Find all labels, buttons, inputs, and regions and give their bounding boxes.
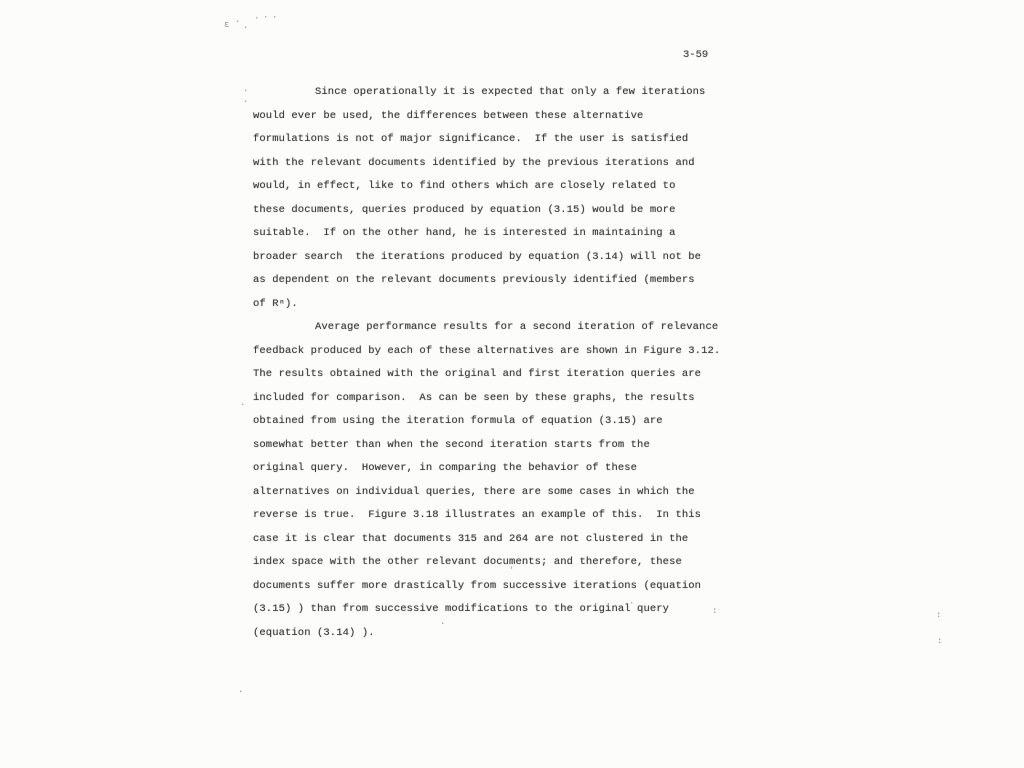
scan-mark: . bbox=[240, 399, 245, 408]
text-line: somewhat better than when the second ite… bbox=[253, 438, 743, 462]
text-line: suitable. If on the other hand, he is in… bbox=[253, 226, 743, 250]
text-line: original query. However, in comparing th… bbox=[253, 461, 743, 485]
scan-mark: ε bbox=[224, 21, 229, 30]
scan-mark: . bbox=[243, 22, 248, 31]
text-line: alternatives on individual queries, ther… bbox=[253, 485, 743, 509]
text-line: would, in effect, like to find others wh… bbox=[253, 179, 743, 203]
text-line: (equation (3.14) ). bbox=[253, 626, 743, 650]
text-line: case it is clear that documents 315 and … bbox=[253, 532, 743, 556]
text-line: reverse is true. Figure 3.18 illustrates… bbox=[253, 508, 743, 532]
text-line: formulations is not of major significanc… bbox=[253, 132, 743, 156]
scan-mark: · bbox=[629, 600, 634, 609]
text-line: included for comparison. As can be seen … bbox=[253, 391, 743, 415]
scan-mark: · bbox=[254, 15, 259, 24]
scan-mark: . bbox=[235, 16, 240, 25]
scan-mark: . bbox=[243, 85, 248, 94]
text-line: index space with the other relevant docu… bbox=[253, 555, 743, 579]
text-line: obtained from using the iteration formul… bbox=[253, 414, 743, 438]
scan-mark: · bbox=[272, 14, 277, 23]
text-line: would ever be used, the differences betw… bbox=[253, 109, 743, 133]
text-line: feedback produced by each of these alter… bbox=[253, 344, 743, 368]
scan-mark: · bbox=[263, 14, 268, 23]
scan-mark: : bbox=[937, 637, 942, 646]
text-line: as dependent on the relevant documents p… bbox=[253, 273, 743, 297]
scan-mark: . bbox=[440, 618, 445, 627]
text-line: of Rⁿ). bbox=[253, 297, 743, 321]
scan-mark: : bbox=[712, 607, 717, 616]
text-line: Since operationally it is expected that … bbox=[253, 85, 743, 109]
page-number: 3-59 bbox=[683, 49, 708, 61]
document-page: 3-59 Since operationally it is expected … bbox=[0, 0, 1024, 768]
text-line: Average performance results for a second… bbox=[253, 320, 743, 344]
scan-mark: ' bbox=[509, 567, 514, 576]
text-line: these documents, queries produced by equ… bbox=[253, 203, 743, 227]
text-line: with the relevant documents identified b… bbox=[253, 156, 743, 180]
text-line: (3.15) ) than from successive modificati… bbox=[253, 602, 743, 626]
paragraph: Average performance results for a second… bbox=[253, 320, 743, 649]
scan-mark: . bbox=[243, 96, 248, 105]
scan-mark: . bbox=[238, 686, 243, 695]
text-line: documents suffer more drastically from s… bbox=[253, 579, 743, 603]
text-line: broader search the iterations produced b… bbox=[253, 250, 743, 274]
scan-mark: : bbox=[936, 611, 941, 620]
text-line: The results obtained with the original a… bbox=[253, 367, 743, 391]
paragraph: Since operationally it is expected that … bbox=[253, 85, 743, 320]
body-text: Since operationally it is expected that … bbox=[253, 85, 743, 649]
